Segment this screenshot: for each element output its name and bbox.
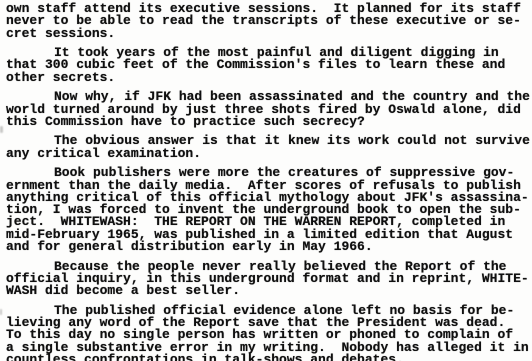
text-line: and for general distribution early in Ma… [6,241,532,253]
text-line: other secrets. [6,72,532,84]
scan-artifact [0,126,3,133]
text-line: this Commission have to practice such se… [6,116,532,128]
text-line: countless confrontations in talk-shows a… [6,354,532,361]
document-page: own staff attend its executive sessions.… [0,0,532,361]
text-line: WASH did become a best seller. [6,285,532,297]
paragraph-7: The published official evidence alone le… [6,305,532,361]
paragraph-4: The obvious answer is that it knew its w… [6,135,532,160]
paragraph-5: Book publishers were more the creatures … [6,167,532,253]
paragraph-1: own staff attend its executive sessions.… [6,3,532,40]
text-line: any critical examination. [6,148,532,160]
paragraph-3: Now why, if JFK had been assassinated an… [6,91,532,128]
paragraph-6: Because the people never really believed… [6,261,532,298]
text-line: cret sessions. [6,28,532,40]
scan-artifact [0,309,2,315]
paragraph-2: It took years of the most painful and di… [6,47,532,84]
